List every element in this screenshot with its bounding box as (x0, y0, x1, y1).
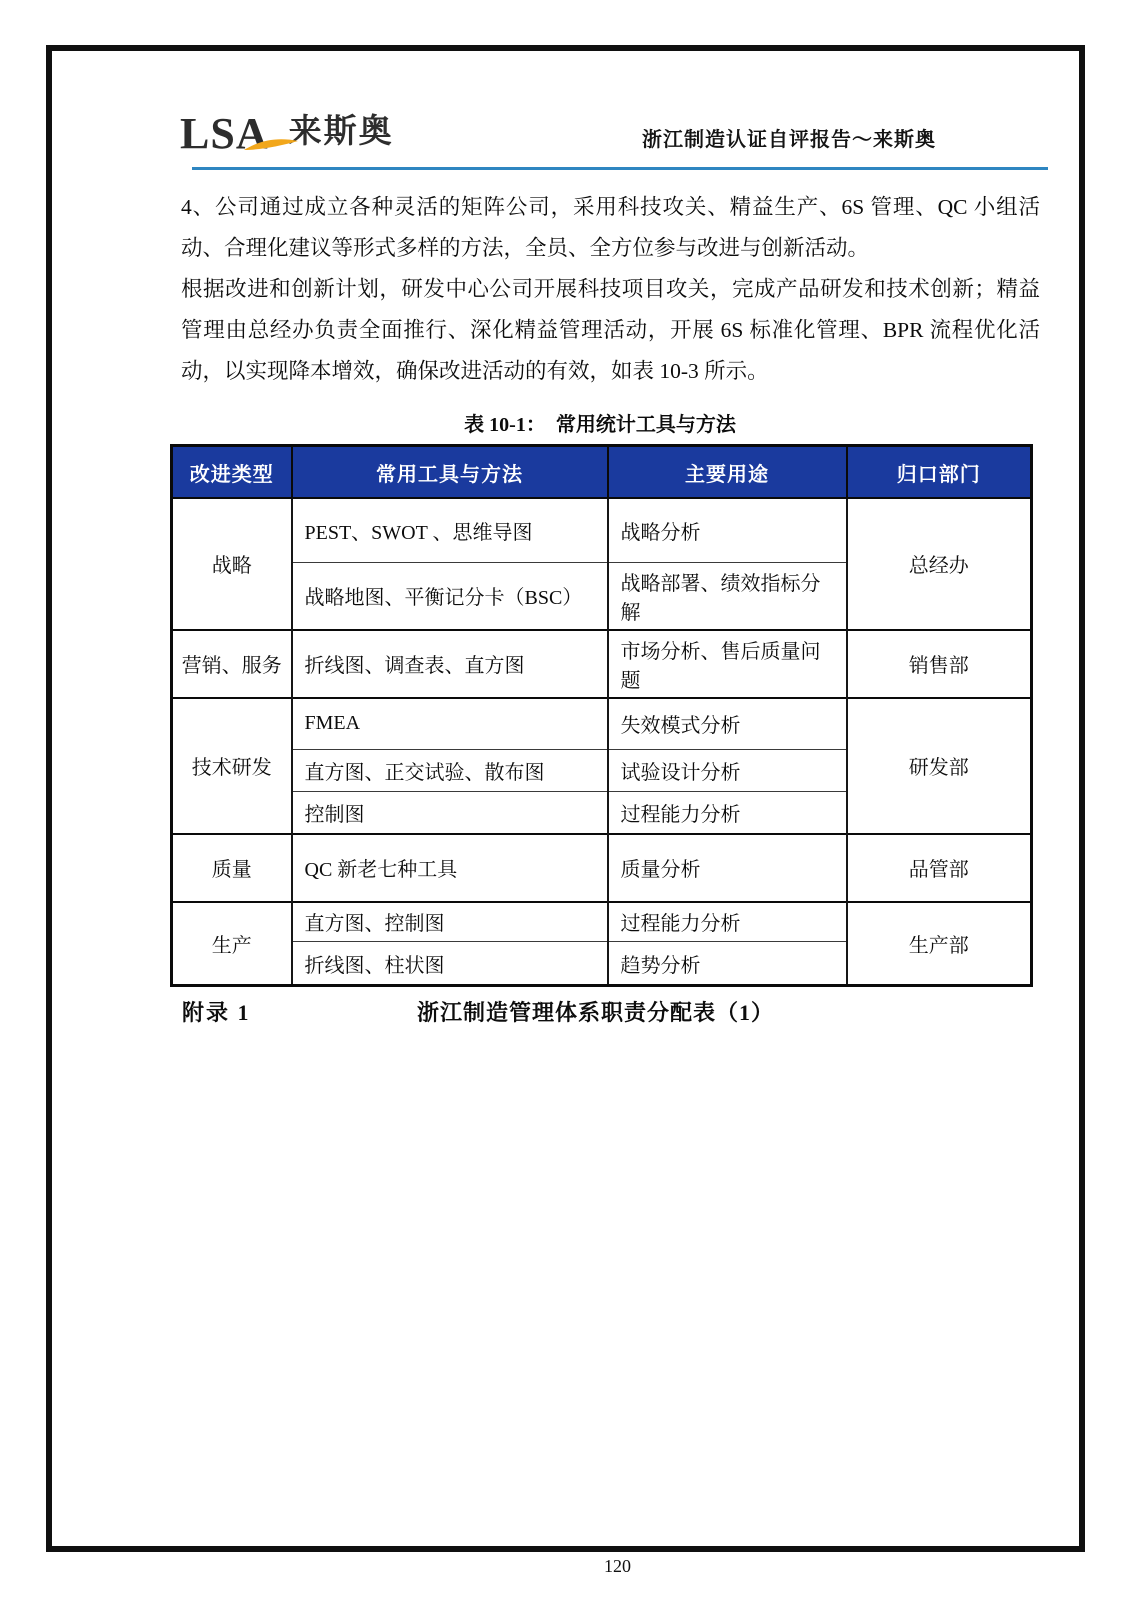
tools-cell: QC 新老七种工具 (292, 834, 608, 902)
logo-swoosh-icon (244, 137, 300, 152)
header-cell-tools: 常用工具与方法 (292, 446, 608, 499)
usage-cell: 市场分析、售后质量问题 (608, 630, 847, 698)
usage-cell: 过程能力分析 (608, 792, 847, 834)
header-cell-type: 改进类型 (172, 446, 292, 499)
stats-tools-table: 改进类型 常用工具与方法 主要用途 归口部门 战略 PEST、SWOT 、思维导… (170, 444, 1033, 987)
tools-cell: 折线图、柱状图 (292, 942, 608, 986)
usage-cell: 战略分析 (608, 498, 847, 562)
type-cell: 生产 (172, 902, 292, 986)
table-caption: 表 10-1： 常用统计工具与方法 (170, 408, 1030, 437)
tools-cell: FMEA (292, 698, 608, 750)
report-title: 浙江制造认证自评报告～来斯奥 (642, 123, 936, 152)
body-paragraph-1: 4、公司通过成立各种灵活的矩阵公司，采用科技攻关、精益生产、6S 管理、QC 小… (181, 187, 1040, 269)
dept-cell: 品管部 (847, 834, 1032, 902)
table-row: 技术研发 FMEA 失效模式分析 研发部 (172, 698, 1032, 750)
document-page: { "header": { "logo_text": "LSA", "logo_… (0, 0, 1131, 1600)
page-frame: LSA 来斯奥 浙江制造认证自评报告～来斯奥 4、公司通过成立各种灵活的矩阵公司… (46, 45, 1085, 1552)
table-row: 营销、服务 折线图、调查表、直方图 市场分析、售后质量问题 销售部 (172, 630, 1032, 698)
appendix-title: 浙江制造管理体系职责分配表（1） (417, 996, 774, 1027)
header-cell-dept: 归口部门 (847, 446, 1032, 499)
body-paragraph-2: 根据改进和创新计划，研发中心公司开展科技项目攻关，完成产品研发和技术创新；精益管… (181, 269, 1040, 392)
dept-cell: 销售部 (847, 630, 1032, 698)
type-cell: 战略 (172, 498, 292, 630)
table-row: 生产 直方图、控制图 过程能力分析 生产部 (172, 902, 1032, 942)
company-logo: LSA 来斯奥 (180, 105, 394, 157)
header-cell-usage: 主要用途 (608, 446, 847, 499)
tools-cell: PEST、SWOT 、思维导图 (292, 498, 608, 562)
dept-cell: 生产部 (847, 902, 1032, 986)
tools-cell: 直方图、控制图 (292, 902, 608, 942)
tools-cell: 直方图、正交试验、散布图 (292, 750, 608, 792)
usage-cell: 失效模式分析 (608, 698, 847, 750)
dept-cell: 研发部 (847, 698, 1032, 834)
usage-cell: 质量分析 (608, 834, 847, 902)
type-cell: 营销、服务 (172, 630, 292, 698)
appendix-label: 附录 1 (182, 996, 251, 1027)
usage-cell: 趋势分析 (608, 942, 847, 986)
body-text-block: 4、公司通过成立各种灵活的矩阵公司，采用科技攻关、精益生产、6S 管理、QC 小… (181, 187, 1040, 392)
tools-cell: 折线图、调查表、直方图 (292, 630, 608, 698)
table-row: 质量 QC 新老七种工具 质量分析 品管部 (172, 834, 1032, 902)
header-rule (192, 167, 1048, 170)
logo-cn-text: 来斯奥 (289, 112, 394, 149)
page-number: 120 (98, 1556, 1131, 1577)
type-cell: 质量 (172, 834, 292, 902)
table-row: 战略 PEST、SWOT 、思维导图 战略分析 总经办 (172, 498, 1032, 562)
usage-cell: 过程能力分析 (608, 902, 847, 942)
usage-cell: 试验设计分析 (608, 750, 847, 792)
table-header-row: 改进类型 常用工具与方法 主要用途 归口部门 (172, 446, 1032, 499)
tools-cell: 控制图 (292, 792, 608, 834)
usage-cell: 战略部署、绩效指标分解 (608, 562, 847, 630)
type-cell: 技术研发 (172, 698, 292, 834)
tools-cell: 战略地图、平衡记分卡（BSC） (292, 562, 608, 630)
dept-cell: 总经办 (847, 498, 1032, 630)
